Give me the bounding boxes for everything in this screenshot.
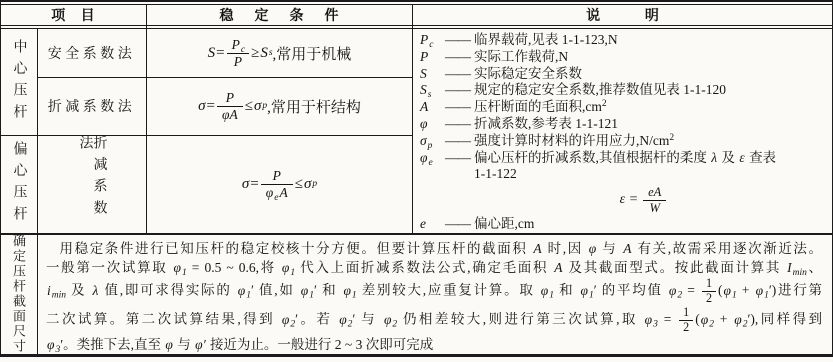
row-label-central-strut: 中心压杆 (0, 29, 37, 135)
eccentric-strut-text: 偏心压杆 (12, 141, 26, 228)
legend-description: 偏心距,cm (474, 216, 534, 232)
formula-reduction-coefficient: σ = PφA ≤ σp ,常用于杆结构 (146, 77, 412, 135)
legend-symbol: Pc (419, 32, 445, 49)
reduction-method-text: 折减系数法 (48, 96, 136, 116)
legend-description: 实际稳定安全系数 (474, 66, 582, 83)
legend-item: φe——偏心压杆的折减系数,其值根据杆的柔度 λ 及 ε 查表1-1-122 (419, 150, 828, 184)
procedure-line: imin 及 λ 值,即可求得实际的 φ1′ 值,如 φ1′ 和 φ1 差别较大… (46, 277, 822, 306)
formula-eccentric: σ = PφeA ≤ σp (146, 135, 412, 233)
legend-item: Pc——临界载荷,见表 1-1-123,N (419, 32, 828, 49)
legend-symbol: φe (419, 150, 445, 167)
legend-dash: —— (445, 99, 470, 116)
procedure-text: 用稳定条件进行已知压杆的稳定校核十分方便。但要计算压杆的截面积 A 时,因 φ … (38, 234, 832, 354)
legend-dash: —— (445, 82, 470, 99)
legend-symbol: σp (419, 133, 445, 150)
legend-item: Ss——规定的稳定安全系数,推荐数值见表 1-1-120 (419, 82, 828, 99)
row-label-eccentric-strut: 偏心压杆 (0, 135, 37, 233)
legend-description: 强度计算时材料的许用应力,N/cm2 (474, 133, 674, 150)
method-safety-factor: 安全系数法 (37, 29, 146, 77)
legend-item: S——实际稳定安全系数 (419, 66, 828, 83)
method-reduction-coefficient: 折减系数法 (37, 77, 146, 135)
table-bottom-border (0, 354, 833, 357)
row-label-section-sizing: 确定压杆截面尺寸 (0, 234, 37, 354)
procedure-line: φ3′。类推下去,直至 φ 与 φ′ 接近为止。一般进行 2 ~ 3 次即可完成 (46, 335, 822, 354)
legend-symbol: A (419, 99, 445, 116)
procedure-line: 用稳定条件进行已知压杆的稳定校核十分方便。但要计算压杆的截面积 A 时,因 φ … (46, 239, 822, 258)
legend-description: 规定的稳定安全系数,推荐数值见表 1-1-120 (474, 82, 726, 99)
procedure-line: 二次试算。第二次试算结果,得到 φ2′。若 φ2′ 与 φ2 仍相差较大,则进行… (46, 306, 822, 335)
legend-item: σp——强度计算时材料的许用应力,N/cm2 (419, 133, 828, 150)
legend-dash: —— (445, 150, 470, 167)
header-item-label: 项目 (51, 5, 110, 25)
header-bottom-border-outer (0, 25, 833, 26)
legend-item: φ——折减系数,参考表 1-1-121 (419, 116, 828, 133)
legend-list: Pc——临界载荷,见表 1-1-123,NP——实际工作载荷,NS——实际稳定安… (413, 30, 832, 232)
central-strut-text: 中心压杆 (12, 39, 26, 126)
method-reduction-coefficient-eccentric: 折减系数法 (37, 135, 146, 233)
legend-description: 临界载荷,见表 1-1-123,N (474, 32, 618, 49)
legend-symbol: Ss (419, 82, 445, 99)
formula-safety-factor: S = PcP ≥ Ss ,常用于机械 (146, 29, 412, 77)
legend-item: e——偏心距,cm (419, 216, 828, 232)
legend-dash: —— (445, 133, 470, 150)
legend-dash: —— (445, 49, 470, 66)
legend-item: P——实际工作载荷,N (419, 49, 828, 66)
legend-item: A——压杆断面的毛面积,cm2 (419, 99, 828, 116)
table-top-border-outer (0, 0, 833, 2)
header-note-label: 说明 (586, 5, 704, 25)
legend-symbol: φ (419, 116, 445, 133)
procedure-line: 一般第一次试算取 φ1 = 0.5 ~ 0.6,将 φ1 代入上面折减系数法公式… (46, 258, 822, 277)
section-sizing-text: 确定压杆截面尺寸 (12, 234, 25, 354)
legend-dash: —— (445, 66, 470, 83)
legend-symbol: e (419, 216, 445, 232)
legend-dash: —— (445, 216, 470, 232)
legend-symbol: S (419, 66, 445, 83)
safety-factor-method-text: 安全系数法 (48, 43, 136, 63)
header-item-column: 项目 (0, 5, 146, 25)
legend-epsilon-formula: ε = eAW (419, 183, 828, 216)
legend-dash: —— (445, 32, 470, 49)
legend-description: 偏心压杆的折减系数,其值根据杆的柔度 λ 及 ε 查表1-1-122 (474, 150, 776, 184)
legend-description: 折减系数,参考表 1-1-121 (474, 116, 618, 133)
header-condition-label: 稳定条件 (220, 5, 360, 25)
legend-description: 压杆断面的毛面积,cm2 (474, 99, 607, 116)
legend-dash: —— (445, 116, 470, 133)
header-note-column: 说明 (412, 5, 833, 25)
header-condition-column: 稳定条件 (146, 5, 412, 25)
reduction-method-ecc-text: 折减系数法 (78, 135, 106, 233)
legend-description: 实际工作载荷,N (474, 49, 568, 66)
handbook-table-page: 项目 稳定条件 说明 中心压杆 偏心压杆 确定压杆截面尺寸 安全系数法 折减系数… (0, 0, 833, 362)
legend-symbol: P (419, 49, 445, 66)
